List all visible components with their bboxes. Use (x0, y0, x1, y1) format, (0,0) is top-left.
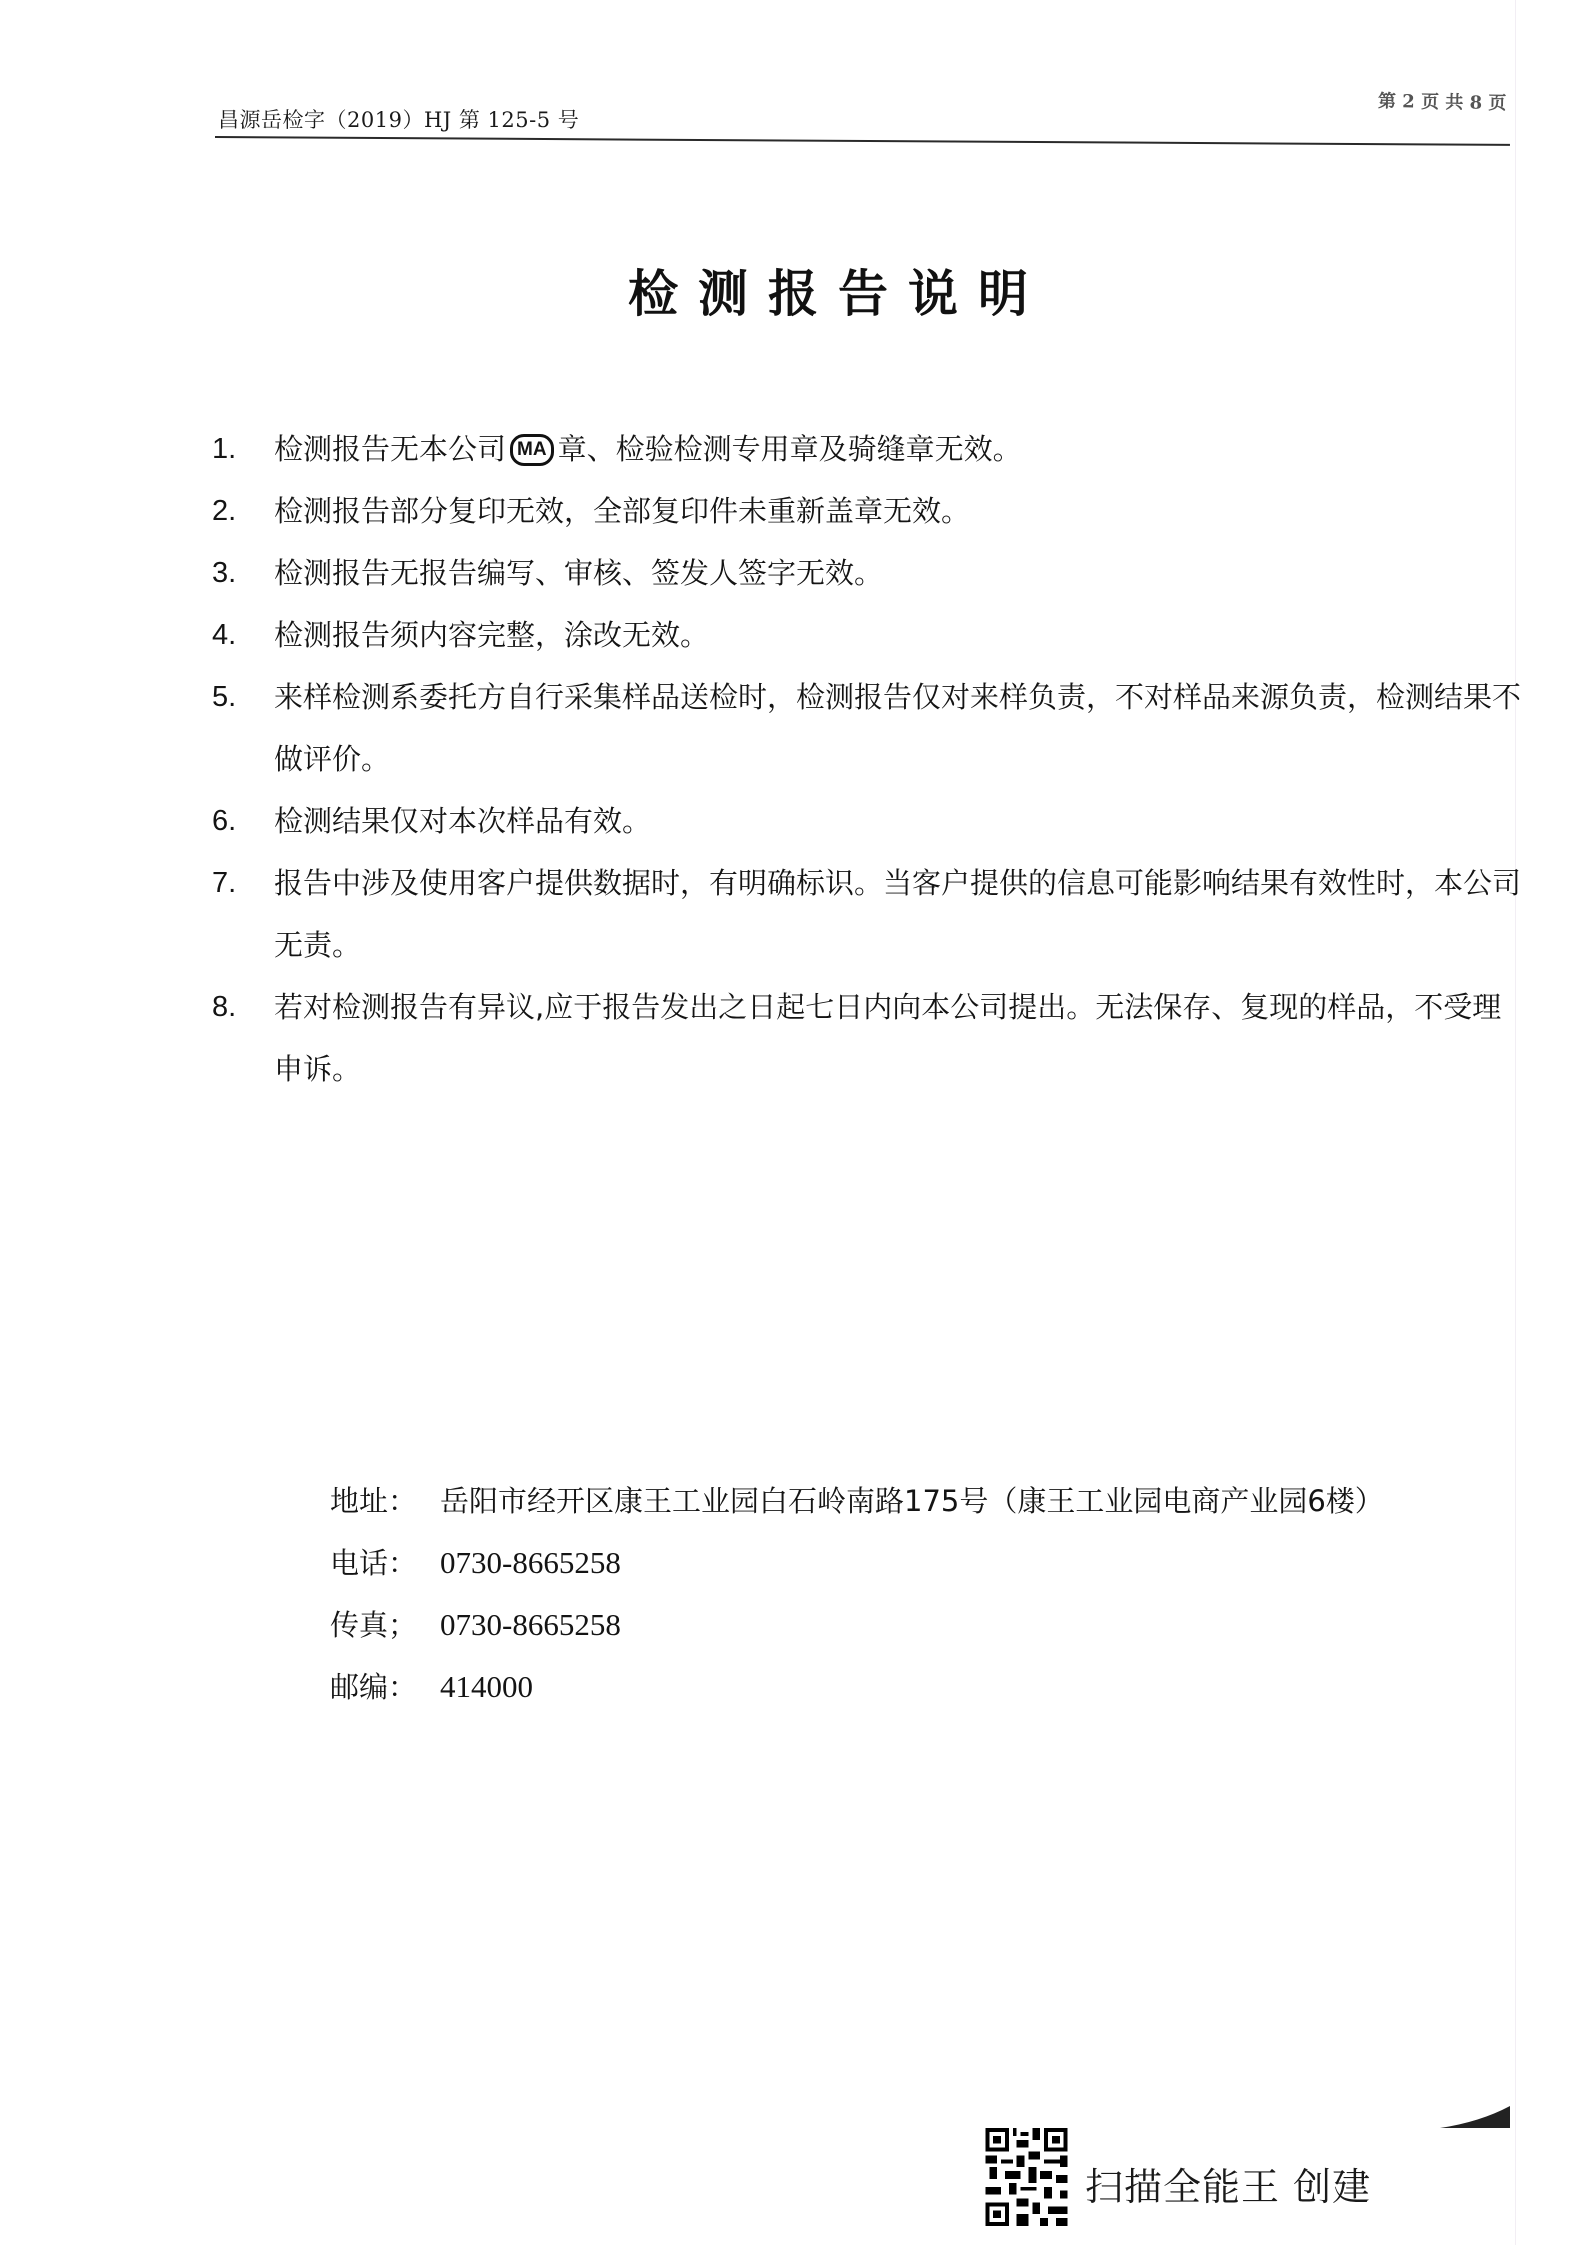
note-number: 6. (212, 790, 262, 852)
scan-edge (1515, 0, 1586, 2245)
note-item: 5. 来样检测系委托方自行采集样品送检时，检测报告仅对来样负责，不对样品来源负责… (212, 666, 1522, 790)
fax-value: 0730-8665258 (440, 1607, 621, 1642)
scanner-brand-text: 扫描全能王 创建 (1085, 2156, 1371, 2211)
note-text: 来样检测系委托方自行采集样品送检时，检测报告仅对来样负责，不对样品来源负责，检测… (274, 666, 1522, 790)
qr-code-icon (985, 2128, 1068, 2226)
page-title: 检测报告说明 (628, 254, 1048, 326)
page-curl-shadow (1440, 2100, 1510, 2128)
phone-value: 0730-8665258 (440, 1545, 621, 1580)
note-item: 8. 若对检测报告有异议,应于报告发出之日起七日内向本公司提出。无法保存、复现的… (212, 976, 1522, 1100)
note-number: 1. (212, 418, 262, 480)
note-text-part: 章、检验检测专用章及骑缝章无效。 (558, 432, 1022, 466)
address-label: 地址： (330, 1470, 417, 1532)
header-divider (215, 136, 1510, 146)
postcode-label: 邮编： (330, 1656, 417, 1718)
note-text: 检测报告部分复印无效，全部复印件未重新盖章无效。 (274, 480, 1522, 542)
report-reference-number: 昌源岳检字（2019）HJ 第 125-5 号 (218, 104, 579, 134)
note-number: 8. (212, 976, 262, 1038)
fax-row: 传真； 0730-8665258 (330, 1594, 1480, 1656)
fax-label: 传真； (330, 1594, 417, 1656)
note-item: 2. 检测报告部分复印无效，全部复印件未重新盖章无效。 (212, 480, 1522, 542)
ma-stamp-icon: MA (510, 434, 554, 466)
note-item: 1. 检测报告无本公司MA章、检验检测专用章及骑缝章无效。 (212, 418, 1522, 480)
note-text: 报告中涉及使用客户提供数据时，有明确标识。当客户提供的信息可能影响结果有效性时，… (274, 852, 1522, 976)
note-item: 4. 检测报告须内容完整，涂改无效。 (212, 604, 1522, 666)
notes-list: 1. 检测报告无本公司MA章、检验检测专用章及骑缝章无效。 2. 检测报告部分复… (212, 418, 1522, 1100)
postcode-value: 414000 (440, 1669, 533, 1704)
note-number: 2. (212, 480, 262, 542)
note-number: 5. (212, 666, 262, 728)
note-text: 检测报告无本公司MA章、检验检测专用章及骑缝章无效。 (274, 418, 1522, 480)
note-text-part: 检测报告无本公司 (274, 432, 506, 466)
note-number: 7. (212, 852, 262, 914)
note-text: 检测报告须内容完整，涂改无效。 (274, 604, 1522, 666)
note-text: 若对检测报告有异议,应于报告发出之日起七日内向本公司提出。无法保存、复现的样品，… (274, 976, 1522, 1100)
note-item: 7. 报告中涉及使用客户提供数据时，有明确标识。当客户提供的信息可能影响结果有效… (212, 852, 1522, 976)
note-text: 检测报告无报告编写、审核、签发人签字无效。 (274, 542, 1522, 604)
page-indicator: 第 2 页 共 8 页 (1378, 87, 1507, 115)
note-number: 3. (212, 542, 262, 604)
note-number: 4. (212, 604, 262, 666)
postcode-row: 邮编： 414000 (330, 1656, 1480, 1718)
address-row: 地址： 岳阳市经开区康王工业园白石岭南路175号（康王工业园电商产业园6楼） (330, 1470, 1480, 1532)
note-item: 3. 检测报告无报告编写、审核、签发人签字无效。 (212, 542, 1522, 604)
phone-label: 电话： (330, 1532, 417, 1594)
address-value: 岳阳市经开区康王工业园白石岭南路175号（康王工业园电商产业园6楼） (440, 1484, 1384, 1518)
note-item: 6. 检测结果仅对本次样品有效。 (212, 790, 1522, 852)
note-text: 检测结果仅对本次样品有效。 (274, 790, 1522, 852)
phone-row: 电话： 0730-8665258 (330, 1532, 1480, 1594)
contact-block: 地址： 岳阳市经开区康王工业园白石岭南路175号（康王工业园电商产业园6楼） 电… (330, 1470, 1480, 1718)
